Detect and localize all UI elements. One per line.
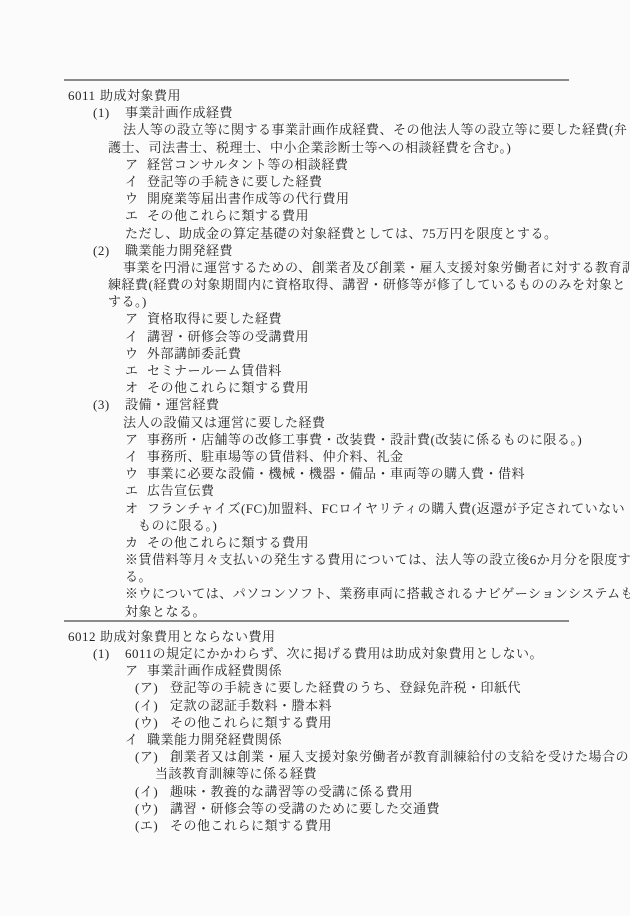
text-line: イ職業能力開発経費関係 (0, 731, 630, 748)
line-text: 事業に必要な設備・機械・機器・備品・車両等の購入費・借料 (147, 466, 525, 481)
item-label: (ア) (135, 748, 170, 765)
text-line: (ウ)その他これらに類する費用 (0, 714, 630, 731)
section-heading: 6011助成対象費用 (0, 87, 630, 104)
text-line: オその他これらに類する費用 (0, 379, 630, 396)
section-divider-rule (64, 620, 569, 622)
item-label: (ウ) (135, 714, 170, 731)
text-line: (ア)登記等の手続きに要した経費のうち、登録免許税・印紙代 (0, 679, 630, 696)
item-label: (ウ) (135, 800, 170, 817)
text-line: 法人の設備又は運営に要した経費 (0, 414, 630, 431)
line-text: その他これらに類する費用 (147, 208, 309, 223)
text-line: イ講習・研修会等の受講費用 (0, 328, 630, 345)
item-label: ア (125, 156, 147, 173)
text-line: (ウ)講習・研修会等の受講のために要した交通費 (0, 800, 630, 817)
item-label: オ (125, 500, 147, 517)
item-label: エ (125, 482, 147, 499)
line-text: その他これらに類する費用 (170, 818, 332, 833)
item-label: エ (125, 207, 147, 224)
line-text: 創業者又は創業・雇入支援対象労働者が教育訓練給付の支給を受けた場合の (170, 749, 629, 764)
item-label: イ (125, 731, 147, 748)
item-label: カ (125, 534, 147, 551)
line-text: 設備・運営経費 (125, 397, 220, 412)
text-line: (イ)趣味・教養的な講習等の受講に係る費用 (0, 783, 630, 800)
item-label: ア (125, 310, 147, 327)
text-line: ア資格取得に要した経費 (0, 310, 630, 327)
line-text: その他これらに類する費用 (170, 715, 332, 730)
section-divider-rule (64, 79, 569, 81)
line-text: 助成対象費用とならない費用 (100, 629, 276, 644)
line-text: 職業能力開発経費 (125, 243, 233, 258)
text-line: オフランチャイズ(FC)加盟料、FCロイヤリティの購入費(返還が予定されていない (0, 500, 630, 517)
line-text: 事業計画作成経費関係 (147, 663, 282, 678)
line-text: 練経費(経費の対象期間内に資格取得、講習・研修等が修了しているもののみを対象と (108, 277, 626, 292)
section-number: 6012 (68, 628, 100, 645)
line-text: 事務所・店舗等の改修工事費・改装費・設計費(改装に係るものに限る。) (147, 432, 582, 447)
line-text: 定款の認証手数料・謄本料 (170, 698, 332, 713)
line-text: セミナールーム賃借料 (147, 363, 282, 378)
text-line: ア経営コンサルタント等の相談経費 (0, 156, 630, 173)
line-text: 事業を円滑に運営するための、創業者及び創業・雇入支援対象労働者に対する教育訓 (123, 260, 630, 275)
text-line: ウ外部講師委託費 (0, 345, 630, 362)
line-text: 外部講師委託費 (147, 346, 242, 361)
line-text: 登記等の手続きに要した経費のうち、登録免許税・印紙代 (170, 680, 521, 695)
text-line: 対象となる。 (0, 603, 630, 620)
numbered-item: (2)職業能力開発経費 (0, 242, 630, 259)
item-label: イ (125, 173, 147, 190)
text-line: イ事務所、駐車場等の賃借料、仲介料、礼金 (0, 448, 630, 465)
line-text: 法人等の設立等に関する事業計画作成経費、その他法人等の設立等に要した経費(弁 (123, 122, 627, 137)
text-line: エ広告宣伝費 (0, 482, 630, 499)
text-line: ア事業計画作成経費関係 (0, 662, 630, 679)
item-label: オ (125, 379, 147, 396)
item-label: (イ) (135, 783, 170, 800)
line-text: その他これらに類する費用 (147, 380, 309, 395)
item-label: (1) (93, 104, 125, 121)
line-text: ※ウについては、パソコンソフト、業務車両に搭載されるナビゲーションシステムも (125, 586, 630, 601)
text-line: ※ウについては、パソコンソフト、業務車両に搭載されるナビゲーションシステムも (0, 585, 630, 602)
line-text: 護士、司法書士、税理士、中小企業診断士等への相談経費を含む。) (108, 140, 511, 155)
item-label: ウ (125, 465, 147, 482)
line-text: 事業計画作成経費 (125, 105, 233, 120)
numbered-item: (1)事業計画作成経費 (0, 104, 630, 121)
text-line: 練経費(経費の対象期間内に資格取得、講習・研修等が修了しているもののみを対象と (0, 276, 630, 293)
line-text: 当該教育訓練等に係る経費 (155, 766, 317, 781)
line-text: 職業能力開発経費関係 (147, 732, 282, 747)
text-line: ただし、助成金の算定基礎の対象経費としては、75万円を限度とする。 (0, 225, 630, 242)
text-line: ※賃借料等月々支払いの発生する費用については、法人等の設立後6か月分を限度す (0, 551, 630, 568)
line-text: する。) (108, 294, 147, 309)
text-line: ア事務所・店舗等の改修工事費・改装費・設計費(改装に係るものに限る。) (0, 431, 630, 448)
text-line: (エ)その他これらに類する費用 (0, 817, 630, 834)
section-number: 6011 (68, 87, 100, 104)
item-label: (エ) (135, 817, 170, 834)
text-line: (イ)定款の認証手数料・謄本料 (0, 697, 630, 714)
line-text: フランチャイズ(FC)加盟料、FCロイヤリティの購入費(返還が予定されていない (147, 501, 625, 516)
line-text: 対象となる。 (125, 604, 206, 619)
text-line: (ア)創業者又は創業・雇入支援対象労働者が教育訓練給付の支給を受けた場合の (0, 748, 630, 765)
text-line: 当該教育訓練等に係る経費 (0, 765, 630, 782)
item-label: ア (125, 431, 147, 448)
item-label: (イ) (135, 697, 170, 714)
item-label: イ (125, 448, 147, 465)
text-line: 護士、司法書士、税理士、中小企業診断士等への相談経費を含む。) (0, 139, 630, 156)
line-text: その他これらに類する費用 (147, 535, 309, 550)
text-line: イ登記等の手続きに要した経費 (0, 173, 630, 190)
line-text: 講習・研修会等の受講費用 (147, 329, 309, 344)
numbered-item: (3)設備・運営経費 (0, 396, 630, 413)
item-label: ア (125, 662, 147, 679)
text-line: エセミナールーム賃借料 (0, 362, 630, 379)
line-text: ただし、助成金の算定基礎の対象経費としては、75万円を限度とする。 (125, 226, 558, 241)
line-text: 助成対象費用 (100, 88, 181, 103)
item-label: (3) (93, 396, 125, 413)
text-line: ウ開廃業等届出書作成等の代行費用 (0, 190, 630, 207)
line-text: 趣味・教養的な講習等の受講に係る費用 (170, 784, 413, 799)
item-label: ウ (125, 345, 147, 362)
line-text: 資格取得に要した経費 (147, 311, 282, 326)
line-text: 登記等の手続きに要した経費 (147, 174, 323, 189)
text-line: 事業を円滑に運営するための、創業者及び創業・雇入支援対象労働者に対する教育訓 (0, 259, 630, 276)
text-line: カその他これらに類する費用 (0, 534, 630, 551)
document-page: 6011助成対象費用(1)事業計画作成経費法人等の設立等に関する事業計画作成経費… (0, 0, 630, 916)
section-heading: 6012助成対象費用とならない費用 (0, 628, 630, 645)
line-text: ものに限る。) (138, 518, 217, 533)
line-text: る。 (125, 569, 152, 584)
text-line: 法人等の設立等に関する事業計画作成経費、その他法人等の設立等に要した経費(弁 (0, 121, 630, 138)
text-line: する。) (0, 293, 630, 310)
line-text: 法人の設備又は運営に要した経費 (123, 415, 326, 430)
item-label: ウ (125, 190, 147, 207)
text-line: ウ事業に必要な設備・機械・機器・備品・車両等の購入費・借料 (0, 465, 630, 482)
line-text: 広告宣伝費 (147, 483, 215, 498)
item-label: (ア) (135, 679, 170, 696)
text-line: る。 (0, 568, 630, 585)
line-text: 経営コンサルタント等の相談経費 (147, 157, 348, 172)
line-text: 講習・研修会等の受講のために要した交通費 (170, 801, 440, 816)
line-text: 事務所、駐車場等の賃借料、仲介料、礼金 (147, 449, 404, 464)
line-text: ※賃借料等月々支払いの発生する費用については、法人等の設立後6か月分を限度す (125, 552, 630, 567)
numbered-item: (1)6011の規定にかかわらず、次に掲げる費用は助成対象費用としない。 (0, 645, 630, 662)
item-label: (1) (93, 645, 125, 662)
line-text: 6011の規定にかかわらず、次に掲げる費用は助成対象費用としない。 (125, 646, 543, 661)
line-text: 開廃業等届出書作成等の代行費用 (147, 191, 350, 206)
item-label: イ (125, 328, 147, 345)
item-label: エ (125, 362, 147, 379)
item-label: (2) (93, 242, 125, 259)
text-line: ものに限る。) (0, 517, 630, 534)
text-line: エその他これらに類する費用 (0, 207, 630, 224)
